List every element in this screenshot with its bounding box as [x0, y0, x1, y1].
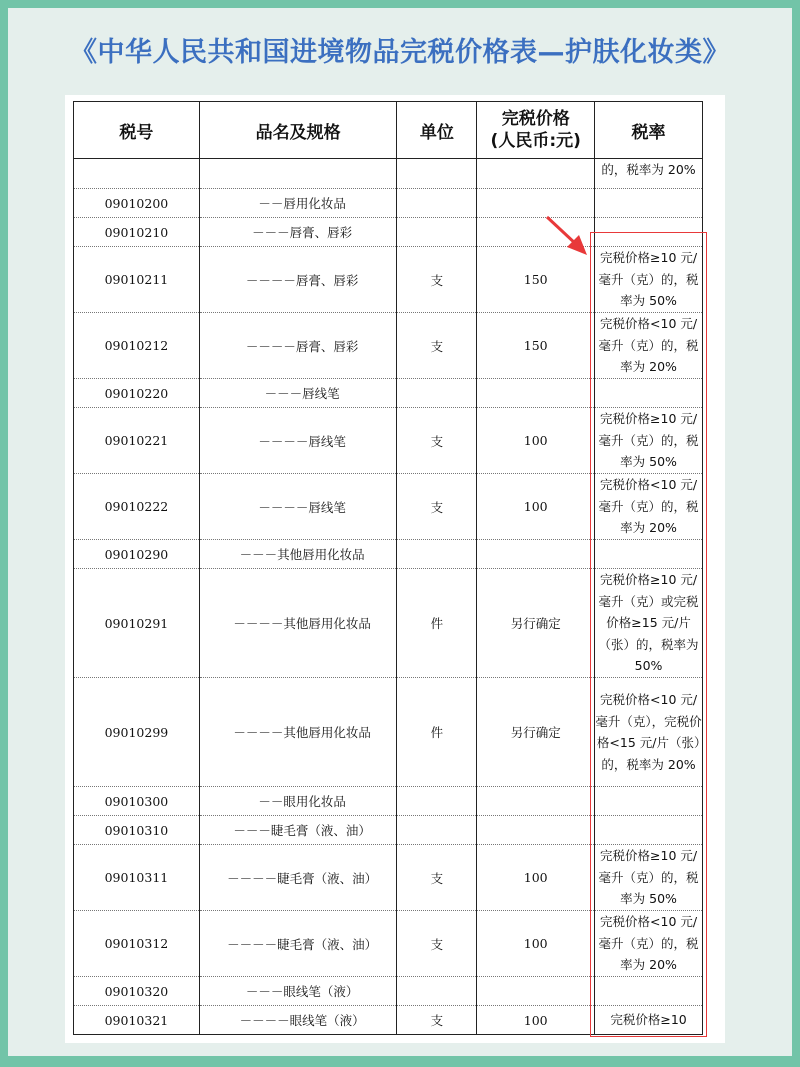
cell-unit — [397, 379, 477, 408]
table-row: 09010222－－－－唇线笔支100完税价格<10 元/毫升（克）的，税率为 … — [74, 474, 703, 540]
header-unit: 单位 — [397, 102, 477, 159]
cell-price — [477, 159, 595, 189]
cell-code: 09010200 — [74, 189, 200, 218]
cell-name: －－－睫毛膏（液、油） — [199, 816, 397, 845]
table-row: 09010320－－－眼线笔（液） — [74, 977, 703, 1006]
cell-code — [74, 159, 200, 189]
cell-rate: 完税价格≥10 元/毫升（克）或完税价格≥15 元/片（张）的，税率为 50% — [595, 569, 703, 678]
table-row: 09010291－－－－其他唇用化妆品件另行确定完税价格≥10 元/毫升（克）或… — [74, 569, 703, 678]
cell-price: 150 — [477, 313, 595, 379]
cell-unit — [397, 540, 477, 569]
cell-price — [477, 379, 595, 408]
cell-unit: 支 — [397, 911, 477, 977]
cell-unit — [397, 218, 477, 247]
cell-unit: 支 — [397, 408, 477, 474]
table-row: 09010321－－－－眼线笔（液）支100完税价格≥10 — [74, 1006, 703, 1035]
cell-price: 100 — [477, 474, 595, 540]
cell-price: 100 — [477, 911, 595, 977]
cell-name: －－－眼线笔（液） — [199, 977, 397, 1006]
table-row: 09010211－－－－唇膏、唇彩支150完税价格≥10 元/毫升（克）的，税率… — [74, 247, 703, 313]
cell-rate: 的，税率为 20% — [595, 159, 703, 189]
cell-price — [477, 189, 595, 218]
cell-name: －－－－睫毛膏（液、油） — [199, 911, 397, 977]
cell-name: －－－其他唇用化妆品 — [199, 540, 397, 569]
cell-code: 09010290 — [74, 540, 200, 569]
cell-name: －－－唇膏、唇彩 — [199, 218, 397, 247]
cell-code: 09010310 — [74, 816, 200, 845]
cell-unit: 支 — [397, 313, 477, 379]
cell-unit: 件 — [397, 678, 477, 787]
cell-code: 09010221 — [74, 408, 200, 474]
cell-price: 100 — [477, 845, 595, 911]
cell-code: 09010321 — [74, 1006, 200, 1035]
cell-price — [477, 540, 595, 569]
cell-price — [477, 816, 595, 845]
cell-rate: 完税价格≥10 元/毫升（克）的，税率为 50% — [595, 845, 703, 911]
cell-price: 100 — [477, 1006, 595, 1035]
table-row: 09010221－－－－唇线笔支100完税价格≥10 元/毫升（克）的，税率为 … — [74, 408, 703, 474]
cell-rate: 完税价格≥10 — [595, 1006, 703, 1035]
table-row: 的，税率为 20% — [74, 159, 703, 189]
cell-code: 09010291 — [74, 569, 200, 678]
cell-rate — [595, 379, 703, 408]
tax-table: 税号 品名及规格 单位 完税价格 (人民币:元) 税率 的，税率为 20%090… — [73, 101, 703, 1035]
cell-code: 09010220 — [74, 379, 200, 408]
cell-code: 09010211 — [74, 247, 200, 313]
cell-rate: 完税价格<10 元/毫升（克）的，税率为 20% — [595, 313, 703, 379]
cell-code: 09010311 — [74, 845, 200, 911]
table-row: 09010290－－－其他唇用化妆品 — [74, 540, 703, 569]
cell-unit: 支 — [397, 1006, 477, 1035]
page-title: 《中华人民共和国进境物品完税价格表—护肤化妆类》 — [0, 30, 800, 69]
header-price-line2: (人民币:元) — [477, 130, 594, 152]
cell-price — [477, 977, 595, 1006]
cell-rate: 完税价格<10 元/毫升（克），完税价格<15 元/片（张）的，税率为 20% — [595, 678, 703, 787]
table-row: 09010310－－－睫毛膏（液、油） — [74, 816, 703, 845]
cell-rate — [595, 787, 703, 816]
cell-code: 09010300 — [74, 787, 200, 816]
cell-name: －－－－唇线笔 — [199, 408, 397, 474]
cell-rate — [595, 816, 703, 845]
cell-unit: 件 — [397, 569, 477, 678]
cell-code: 09010210 — [74, 218, 200, 247]
cell-price: 另行确定 — [477, 569, 595, 678]
table-row: 09010300－－眼用化妆品 — [74, 787, 703, 816]
header-rate: 税率 — [595, 102, 703, 159]
header-price-line1: 完税价格 — [477, 108, 594, 130]
cell-name: －－－－其他唇用化妆品 — [199, 569, 397, 678]
cell-rate: 完税价格≥10 元/毫升（克）的，税率为 50% — [595, 247, 703, 313]
cell-price: 100 — [477, 408, 595, 474]
document-sheet: 税号 品名及规格 单位 完税价格 (人民币:元) 税率 的，税率为 20%090… — [65, 95, 725, 1043]
cell-code: 09010320 — [74, 977, 200, 1006]
cell-rate — [595, 540, 703, 569]
cell-unit — [397, 189, 477, 218]
cell-name: －－眼用化妆品 — [199, 787, 397, 816]
cell-name: －－－－睫毛膏（液、油） — [199, 845, 397, 911]
table-row: 09010210－－－唇膏、唇彩 — [74, 218, 703, 247]
cell-name: －－－－眼线笔（液） — [199, 1006, 397, 1035]
cell-rate: 完税价格<10 元/毫升（克）的，税率为 20% — [595, 911, 703, 977]
cell-name: －－－－唇膏、唇彩 — [199, 247, 397, 313]
cell-code: 09010312 — [74, 911, 200, 977]
cell-name: －－唇用化妆品 — [199, 189, 397, 218]
table-row: 09010200－－唇用化妆品 — [74, 189, 703, 218]
header-name: 品名及规格 — [199, 102, 397, 159]
cell-price: 另行确定 — [477, 678, 595, 787]
cell-unit — [397, 787, 477, 816]
cell-name: －－－唇线笔 — [199, 379, 397, 408]
cell-name: －－－－唇线笔 — [199, 474, 397, 540]
cell-unit: 支 — [397, 845, 477, 911]
table-row: 09010220－－－唇线笔 — [74, 379, 703, 408]
cell-rate — [595, 218, 703, 247]
cell-rate — [595, 189, 703, 218]
table-row: 09010311－－－－睫毛膏（液、油）支100完税价格≥10 元/毫升（克）的… — [74, 845, 703, 911]
table-row: 09010299－－－－其他唇用化妆品件另行确定完税价格<10 元/毫升（克），… — [74, 678, 703, 787]
cell-unit: 支 — [397, 247, 477, 313]
cell-name — [199, 159, 397, 189]
cell-rate: 完税价格<10 元/毫升（克）的，税率为 20% — [595, 474, 703, 540]
cell-unit — [397, 159, 477, 189]
red-arrow-icon — [545, 215, 590, 257]
cell-price — [477, 787, 595, 816]
header-code: 税号 — [74, 102, 200, 159]
cell-rate: 完税价格≥10 元/毫升（克）的，税率为 50% — [595, 408, 703, 474]
cell-name: －－－－唇膏、唇彩 — [199, 313, 397, 379]
cell-rate — [595, 977, 703, 1006]
cell-code: 09010212 — [74, 313, 200, 379]
cell-unit: 支 — [397, 474, 477, 540]
table-row: 09010312－－－－睫毛膏（液、油）支100完税价格<10 元/毫升（克）的… — [74, 911, 703, 977]
cell-name: －－－－其他唇用化妆品 — [199, 678, 397, 787]
cell-unit — [397, 977, 477, 1006]
header-price: 完税价格 (人民币:元) — [477, 102, 595, 159]
cell-code: 09010222 — [74, 474, 200, 540]
cell-code: 09010299 — [74, 678, 200, 787]
table-header-row: 税号 品名及规格 单位 完税价格 (人民币:元) 税率 — [74, 102, 703, 159]
cell-unit — [397, 816, 477, 845]
table-row: 09010212－－－－唇膏、唇彩支150完税价格<10 元/毫升（克）的，税率… — [74, 313, 703, 379]
